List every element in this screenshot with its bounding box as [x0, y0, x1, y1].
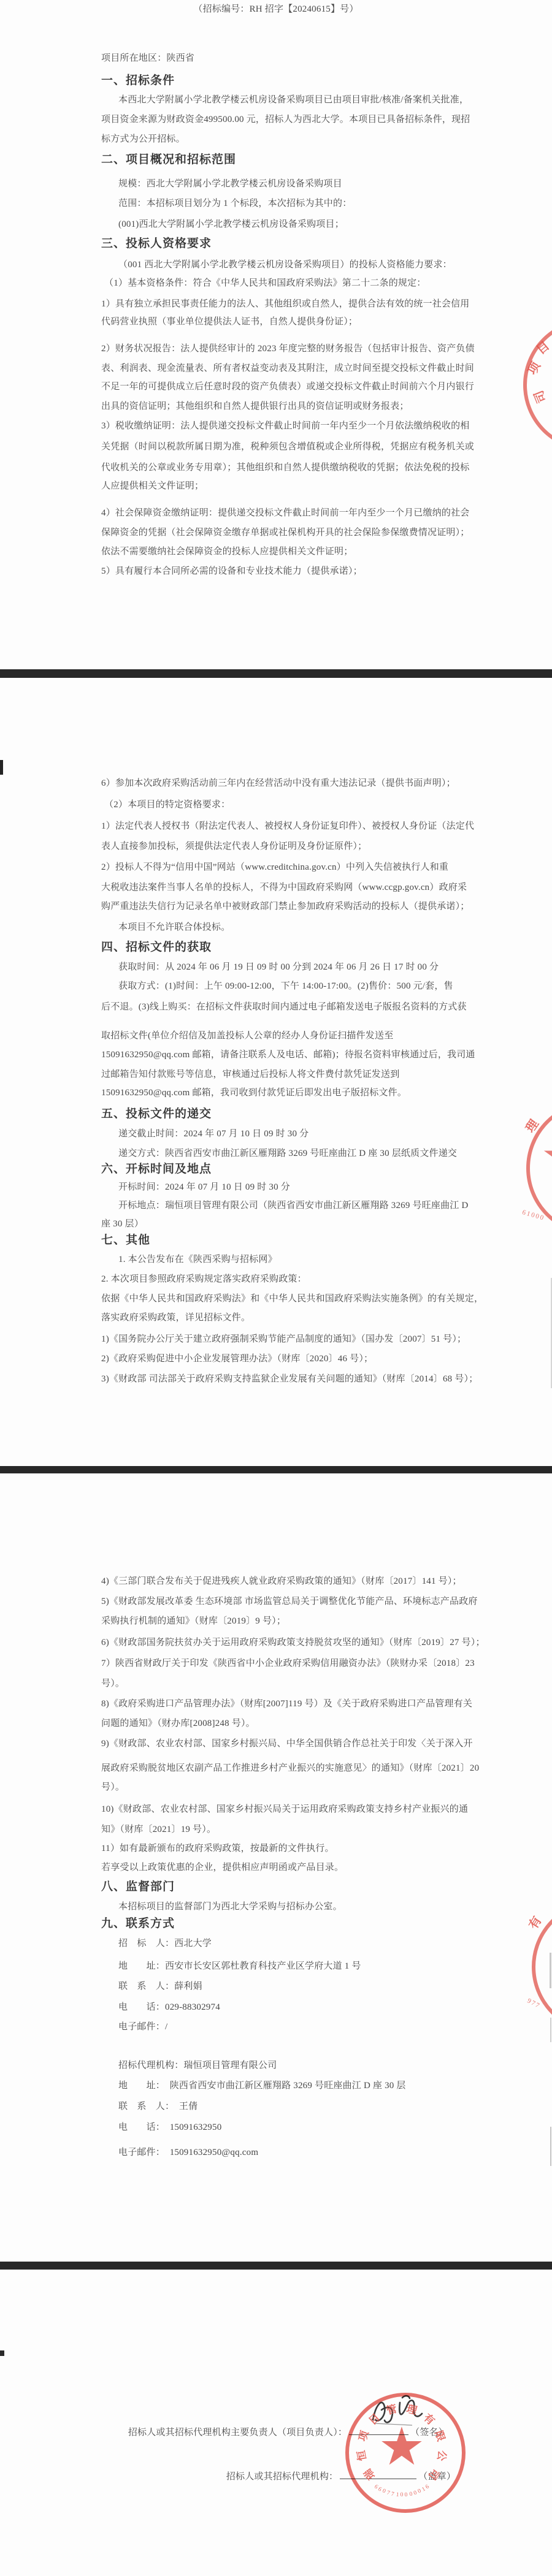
text-line: 递交方式：陕西省西安市曲江新区雁翔路 3269 号旺座曲江 D 座 30 层纸质…	[118, 1149, 457, 1158]
text-line: 号）。	[101, 1679, 125, 1689]
text-line: 1）法定代表人授权书（附法定代表人、被授权人身份证复印件）、被授权人身份证（法定…	[101, 822, 474, 831]
text-line: 购严重违法失信行为记录名单中被财政部门禁止参加政府采购活动的投标人（提供承诺）；	[101, 902, 470, 911]
text-line: 联 系 人：薛利娟	[118, 1982, 202, 1991]
text-line: 1. 本公告发布在《陕西采购与招标网》	[118, 1255, 277, 1264]
scan-artifact	[550, 2127, 551, 2166]
text-line: 电 话：029-88302974	[118, 2003, 220, 2012]
text-line: 采购执行机制的通知》（财库〔2019〕9 号）；	[101, 1617, 286, 1626]
text-line: 知》（财库〔2021〕19 号）。	[101, 1825, 216, 1834]
agency-label: 招标人或其招标代理机构：	[226, 2472, 338, 2482]
text-line: 10)《财政部、农业农村部、国家乡村振兴局关于运用政府采购政策支持乡村产业振兴的…	[101, 1805, 468, 1814]
text-line: 招标代理机构：瑞恒项目管理有限公司	[118, 2061, 277, 2070]
page-separator	[0, 669, 552, 678]
text-line: 2）投标人不得为“信用中国”网站（www.creditchina.gov.cn）…	[101, 863, 448, 872]
text-line: 9)《财政部、农业农村部、国家乡村振兴局、中华全国供销合作总社关于印发〈关于深入…	[101, 1739, 473, 1749]
section-heading: 八、监督部门	[101, 1881, 175, 1893]
text-line: 代码营业执照（事业单位提供法人证书，自然人提供身份证）；	[101, 317, 358, 327]
text-line: （001 西北大学附属小学北教学楼云机房设备采购项目）的投标人资格能力要求：	[118, 260, 452, 270]
section-heading: 四、招标文件的获取	[101, 941, 212, 953]
scan-artifact	[0, 2350, 4, 2356]
text-line: 人应提供相关文件证明；	[101, 482, 204, 491]
section-heading: 九、联系方式	[101, 1918, 175, 1929]
text-line: 后不退。(3)线上购买：在招标文件获取时间内通过电子邮箱发送电子版报名资料的方式…	[101, 1003, 467, 1012]
text-line: 2. 本次项目参照政府采购规定落实政府采购政策：	[101, 1275, 307, 1284]
text-line: 7）陕西省财政厅关于印发《陕西省中小企业政府采购信用融资办法》（陕财办采〔201…	[101, 1659, 475, 1668]
text-line: 表、利润表、现金流量表、所有者权益变动表及其附注，成立时间至提交投标文件截止时间	[101, 364, 474, 373]
text-line: 3)《财政部 司法部关于政府采购支持监狱企业发展有关问题的通知》（财库〔2014…	[101, 1375, 478, 1384]
text-line: 不足一年的可提供成立后任意时段的资产负债表）或递交投标文件截止时间前六个月内银行	[101, 382, 474, 392]
seal-text: 有	[523, 1912, 545, 1932]
text-line: (001)西北大学附属小学北教学楼云机房设备采购项目；	[118, 220, 344, 229]
seal-code-digits: 977	[526, 1997, 542, 2010]
text-line: 递交截止时间：2024 年 07 月 10 日 09 时 30 分	[118, 1130, 309, 1139]
section-heading: 六、开标时间及地点	[101, 1163, 212, 1175]
section-heading: 三、投标人资格要求	[101, 238, 212, 249]
text-line: 电子邮件：/	[118, 2023, 167, 2032]
text-line: 地 址： 陕西省西安市曲江新区雁翔路 3269 号旺座曲江 D 座 30 层	[118, 2081, 406, 2091]
text-line: 若享受以上政策优惠的企业，提供相应声明函或产品目录。	[101, 1863, 343, 1872]
text-line: 依法不需要缴纳社会保障资金的投标人应提供相关文件证明；	[101, 547, 353, 557]
section-heading: 七、其他	[101, 1234, 150, 1246]
text-line: 5）具有履行本合同所必需的设备和专业技术能力（提供承诺）；	[101, 567, 362, 576]
text-line: 标方式为公开招标。	[101, 135, 185, 144]
text-line: 本招标项目的监督部门为西北大学采购与招标办公室。	[118, 1902, 342, 1912]
section-heading: 五、投标文件的递交	[101, 1108, 212, 1120]
text-line: 1)《国务院办公厅关于建立政府强制采购节能产品制度的通知》（国办发〔2007〕5…	[101, 1335, 466, 1344]
text-line: 3）税收缴纳证明：法人提供递交投标文件截止时间前一年内至少一个月依法缴纳税收的相	[101, 422, 470, 431]
text-line: 15091632950@qq.com 邮箱，请备注联系人及电话、邮箱)；待报名资…	[101, 1051, 475, 1060]
text-line: 2）财务状况报告：法人提供经审计的 2023 年度完整的财务报告（包括审计报告、…	[101, 344, 475, 354]
text-line: 本项目不允许联合体投标。	[118, 923, 230, 932]
text-line: 依据《中华人民共和国政府采购法》和《中华人民共和国政府采购法实施条例》的有关规定…	[101, 1294, 483, 1304]
text-line: 范围：本招标项目划分为 1 个标段，本次招标为其中的：	[118, 199, 351, 208]
text-line: 大税收违法案件当事人名单的投标人，不得为中国政府采购网（www.ccgp.gov…	[101, 883, 467, 892]
text-line: 过邮箱告知付款账号等信息，审核通过后投标人将文件费付款凭证发送到	[101, 1070, 399, 1079]
text-line: 出具的资信证明；其他组织和自然人提供银行出具的资信证明或财务报表；	[101, 402, 409, 411]
text-line: 项目资金来源为财政资金499500.00 元，招标人为西北大学。本项目已具备招标…	[101, 115, 470, 124]
text-line: 15091632950@qq.com 邮箱，我司收到付款凭证后即发出电子版招标文…	[101, 1089, 407, 1098]
text-line: 联 系 人： 王倩	[118, 2102, 197, 2111]
text-line: 6）参加本次政府采购活动前三年内在经营活动中没有重大违法记录（提供书面声明）；	[101, 779, 456, 788]
section-heading: 二、项目概况和招标范围	[101, 154, 236, 165]
document-canvas: 招标人或其招标代理机构主要负责人（项目负责人）：（签名） 招标人或其招标代理机构…	[0, 0, 552, 2576]
text-line: 获取方式：(1)时间：上午 09:00-12:00，下午 14:00-17:00…	[118, 982, 453, 991]
text-line: 落实政府采购政策，详见招标文件。	[101, 1313, 250, 1323]
text-line: 6)《财政部国务院扶贫办关于运用政府采购政策支持脱贫攻坚的通知》（财库〔2019…	[101, 1638, 485, 1647]
text-line: 地 址：西安市长安区郭杜教育科技产业区学府大道 1 号	[118, 1962, 361, 1971]
text-line: 展政府采购脱贫地区农副产品工作推进乡村产业振兴的实施意见〉的通知》（财库〔202…	[101, 1764, 479, 1773]
tender-number-line: （招标编号：RH 招字【20240615】号）	[0, 5, 552, 14]
text-line: 11）如有最新颁布的政府采购政策，按最新的文件执行。	[101, 1844, 334, 1853]
section-heading: 一、招标条件	[101, 75, 175, 86]
text-line: 2)《政府采购促进中小企业发展管理办法》（财库〔2020〕46 号）；	[101, 1354, 373, 1364]
text-line: 获取时间：从 2024 年 06 月 19 日 09 时 00 分到 2024 …	[118, 963, 439, 972]
scan-artifact	[0, 760, 3, 775]
text-line: 项目所在地区：陕西省	[101, 54, 194, 63]
text-line: 座 30 层）	[101, 1220, 144, 1229]
text-line: 本西北大学附属小学北教学楼云机房设备采购项目已由项目审批/核准/备案机关批准，	[118, 96, 469, 105]
text-line: 电 话： 15091632950	[118, 2123, 221, 2132]
responsible-person-label: 招标人或其招标代理机构主要负责人（项目负责人）：	[128, 2428, 347, 2437]
text-line: 电子邮件： 15091632950@qq.com	[118, 2148, 258, 2157]
text-line: 规模：西北大学附属小学北教学楼云机房设备采购项目	[118, 180, 342, 189]
text-line: （1）基本资格条件：符合《中华人民共和国政府采购法》第二十二条的规定：	[104, 279, 426, 288]
text-line: 问题的通知》（财办库[2008]248 号）。	[101, 1719, 255, 1728]
text-line: 5)《财政部发展改革委 生态环境部 市场监管总局关于调整优化节能产品、环境标志产…	[101, 1597, 478, 1606]
text-line: （2）本项目的特定资格要求：	[104, 800, 230, 810]
text-line: 开标地点：瑞恒项目管理有限公司（陕西省西安市曲江新区雁翔路 3269 号旺座曲江…	[118, 1201, 469, 1210]
text-line: 开标时间：2024 年 07 月 10 日 09 时 30 分	[118, 1183, 290, 1192]
seal-star-icon: ★	[542, 1104, 552, 1222]
text-line: 号）。	[101, 1783, 125, 1792]
scan-artifact	[550, 2018, 551, 2042]
text-line: 招 标 人：西北大学	[118, 1939, 212, 1948]
text-line: 8)《政府采购进口产品管理办法》（财库[2007]119 号）及《关于政府采购进…	[101, 1700, 472, 1709]
seal-text: 0	[401, 2492, 404, 2498]
text-line: 代收机关的公章或业务专用章）；其他组织和自然人提供缴纳税收的凭据；依法免税的投标	[101, 463, 470, 473]
page-separator	[0, 1466, 552, 1473]
text-line: 保障资金的凭据（社会保障资金缴存单据或社保机构开具的社会保险参保缴费情况证明）；	[101, 528, 470, 538]
seal-text: 1	[396, 2491, 399, 2498]
text-line: 1）具有独立承担民事责任能力的法人、其他组织或自然人，提供合法有效的统一社会信用	[101, 300, 470, 309]
text-line: 4)《三部门联合发布关于促进残疾人就业政府采购政策的通知》（财库〔2017〕14…	[101, 1577, 462, 1586]
seal-star-icon: ★	[381, 2419, 423, 2474]
page-separator	[0, 2262, 552, 2270]
text-line: 关凭据（时间以税款所属日期为准，税种须包含增值税或企业所得税，凭据应有税务机关或	[101, 443, 474, 452]
text-line: 4）社会保障资金缴纳证明：提供递交投标文件截止时间前一年内至少一个月已缴纳的社会	[101, 509, 470, 518]
text-line: 取招标文件(单位介绍信及加盖投标人公章的经办人身份证扫描件发送至	[101, 1032, 393, 1041]
text-line: 表人直接参加投标，须提供法定代表人身份证明及身份证原件）；	[101, 842, 367, 851]
